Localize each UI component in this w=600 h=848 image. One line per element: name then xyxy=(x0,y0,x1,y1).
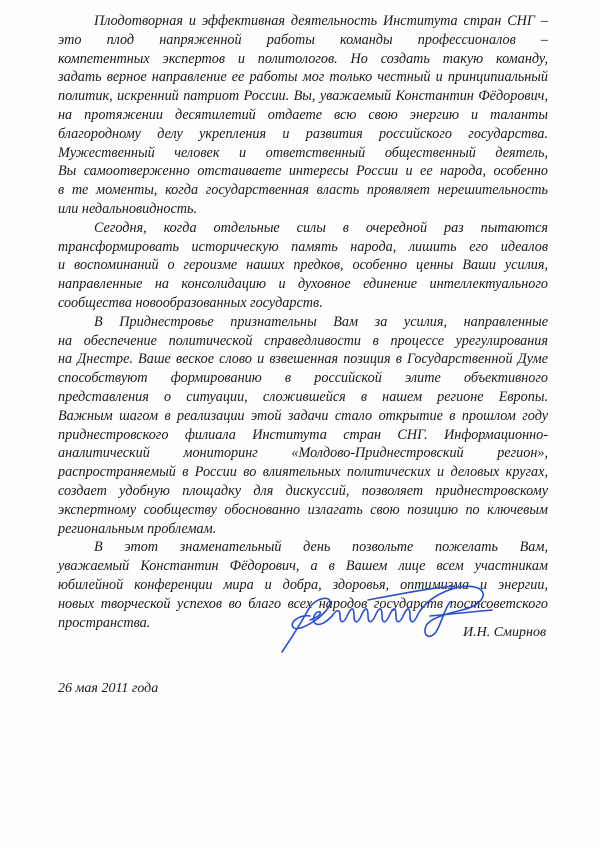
text-line: на протяжении десятилетий отдаете всю св… xyxy=(58,106,548,125)
text-line: или недальновидность. xyxy=(58,200,548,219)
signer-name: И.Н. Смирнов xyxy=(463,625,546,641)
text-line: региональным проблемам. xyxy=(58,520,548,539)
handwritten-signature-icon xyxy=(280,580,520,660)
text-line: аналитический мониторинг «Молдово-Придне… xyxy=(58,444,548,463)
text-line: создает удобную площадку для дискуссий, … xyxy=(58,482,548,501)
text-line: представления о ситуации, сложившейся в … xyxy=(58,388,548,407)
text-line: уважаемый Константин Фёдорович, а в Ваше… xyxy=(58,557,548,576)
text-line: направленные на консолидацию и духовное … xyxy=(58,275,548,294)
text-line: В этот знаменательный день позвольте пож… xyxy=(58,538,548,557)
text-line: трансформировать историческую память нар… xyxy=(58,238,548,257)
text-line: на обеспечение политической справедливос… xyxy=(58,332,548,351)
text-line: способствуют формированию в российской э… xyxy=(58,369,548,388)
text-line: это плод напряженной работы команды проф… xyxy=(58,31,548,50)
signature-block: И.Н. Смирнов xyxy=(280,580,580,660)
text-line: Сегодня, когда отдельные силы в очередно… xyxy=(58,219,548,238)
text-line: В Приднестровье признательны Вам за усил… xyxy=(58,313,548,332)
letter-page: Плодотворная и эффективная деятельность … xyxy=(0,0,600,848)
text-line: Вы самоотверженно отстаиваете интересы Р… xyxy=(58,162,548,181)
text-line: задать верное направление ее работы мог … xyxy=(58,68,548,87)
text-line: приднестровского филиала Института стран… xyxy=(58,426,548,445)
text-line: на Днестре. Ваше веское слово и взвешенн… xyxy=(58,350,548,369)
text-line: в те моменты, когда государственная влас… xyxy=(58,181,548,200)
text-line: Плодотворная и эффективная деятельность … xyxy=(58,12,548,31)
text-line: Мужественный человек и ответственный общ… xyxy=(58,144,548,163)
letter-date: 26 мая 2011 года xyxy=(58,681,158,697)
text-line: политик, искренний патриот России. Вы, у… xyxy=(58,87,548,106)
text-line: экспертному сообществу обоснованно излаг… xyxy=(58,501,548,520)
text-line: и воспоминаний о героизме наших предков,… xyxy=(58,256,548,275)
text-line: компетентных экспертов и политологов. Но… xyxy=(58,50,548,69)
text-line: сообщества новообразованных государств. xyxy=(58,294,548,313)
text-line: распространяемый в России во влиятельных… xyxy=(58,463,548,482)
text-line: благородному делу укрепления и развития … xyxy=(58,125,548,144)
text-line: Важным шагом в реализации этой задачи ст… xyxy=(58,407,548,426)
letter-body: Плодотворная и эффективная деятельность … xyxy=(58,12,548,632)
